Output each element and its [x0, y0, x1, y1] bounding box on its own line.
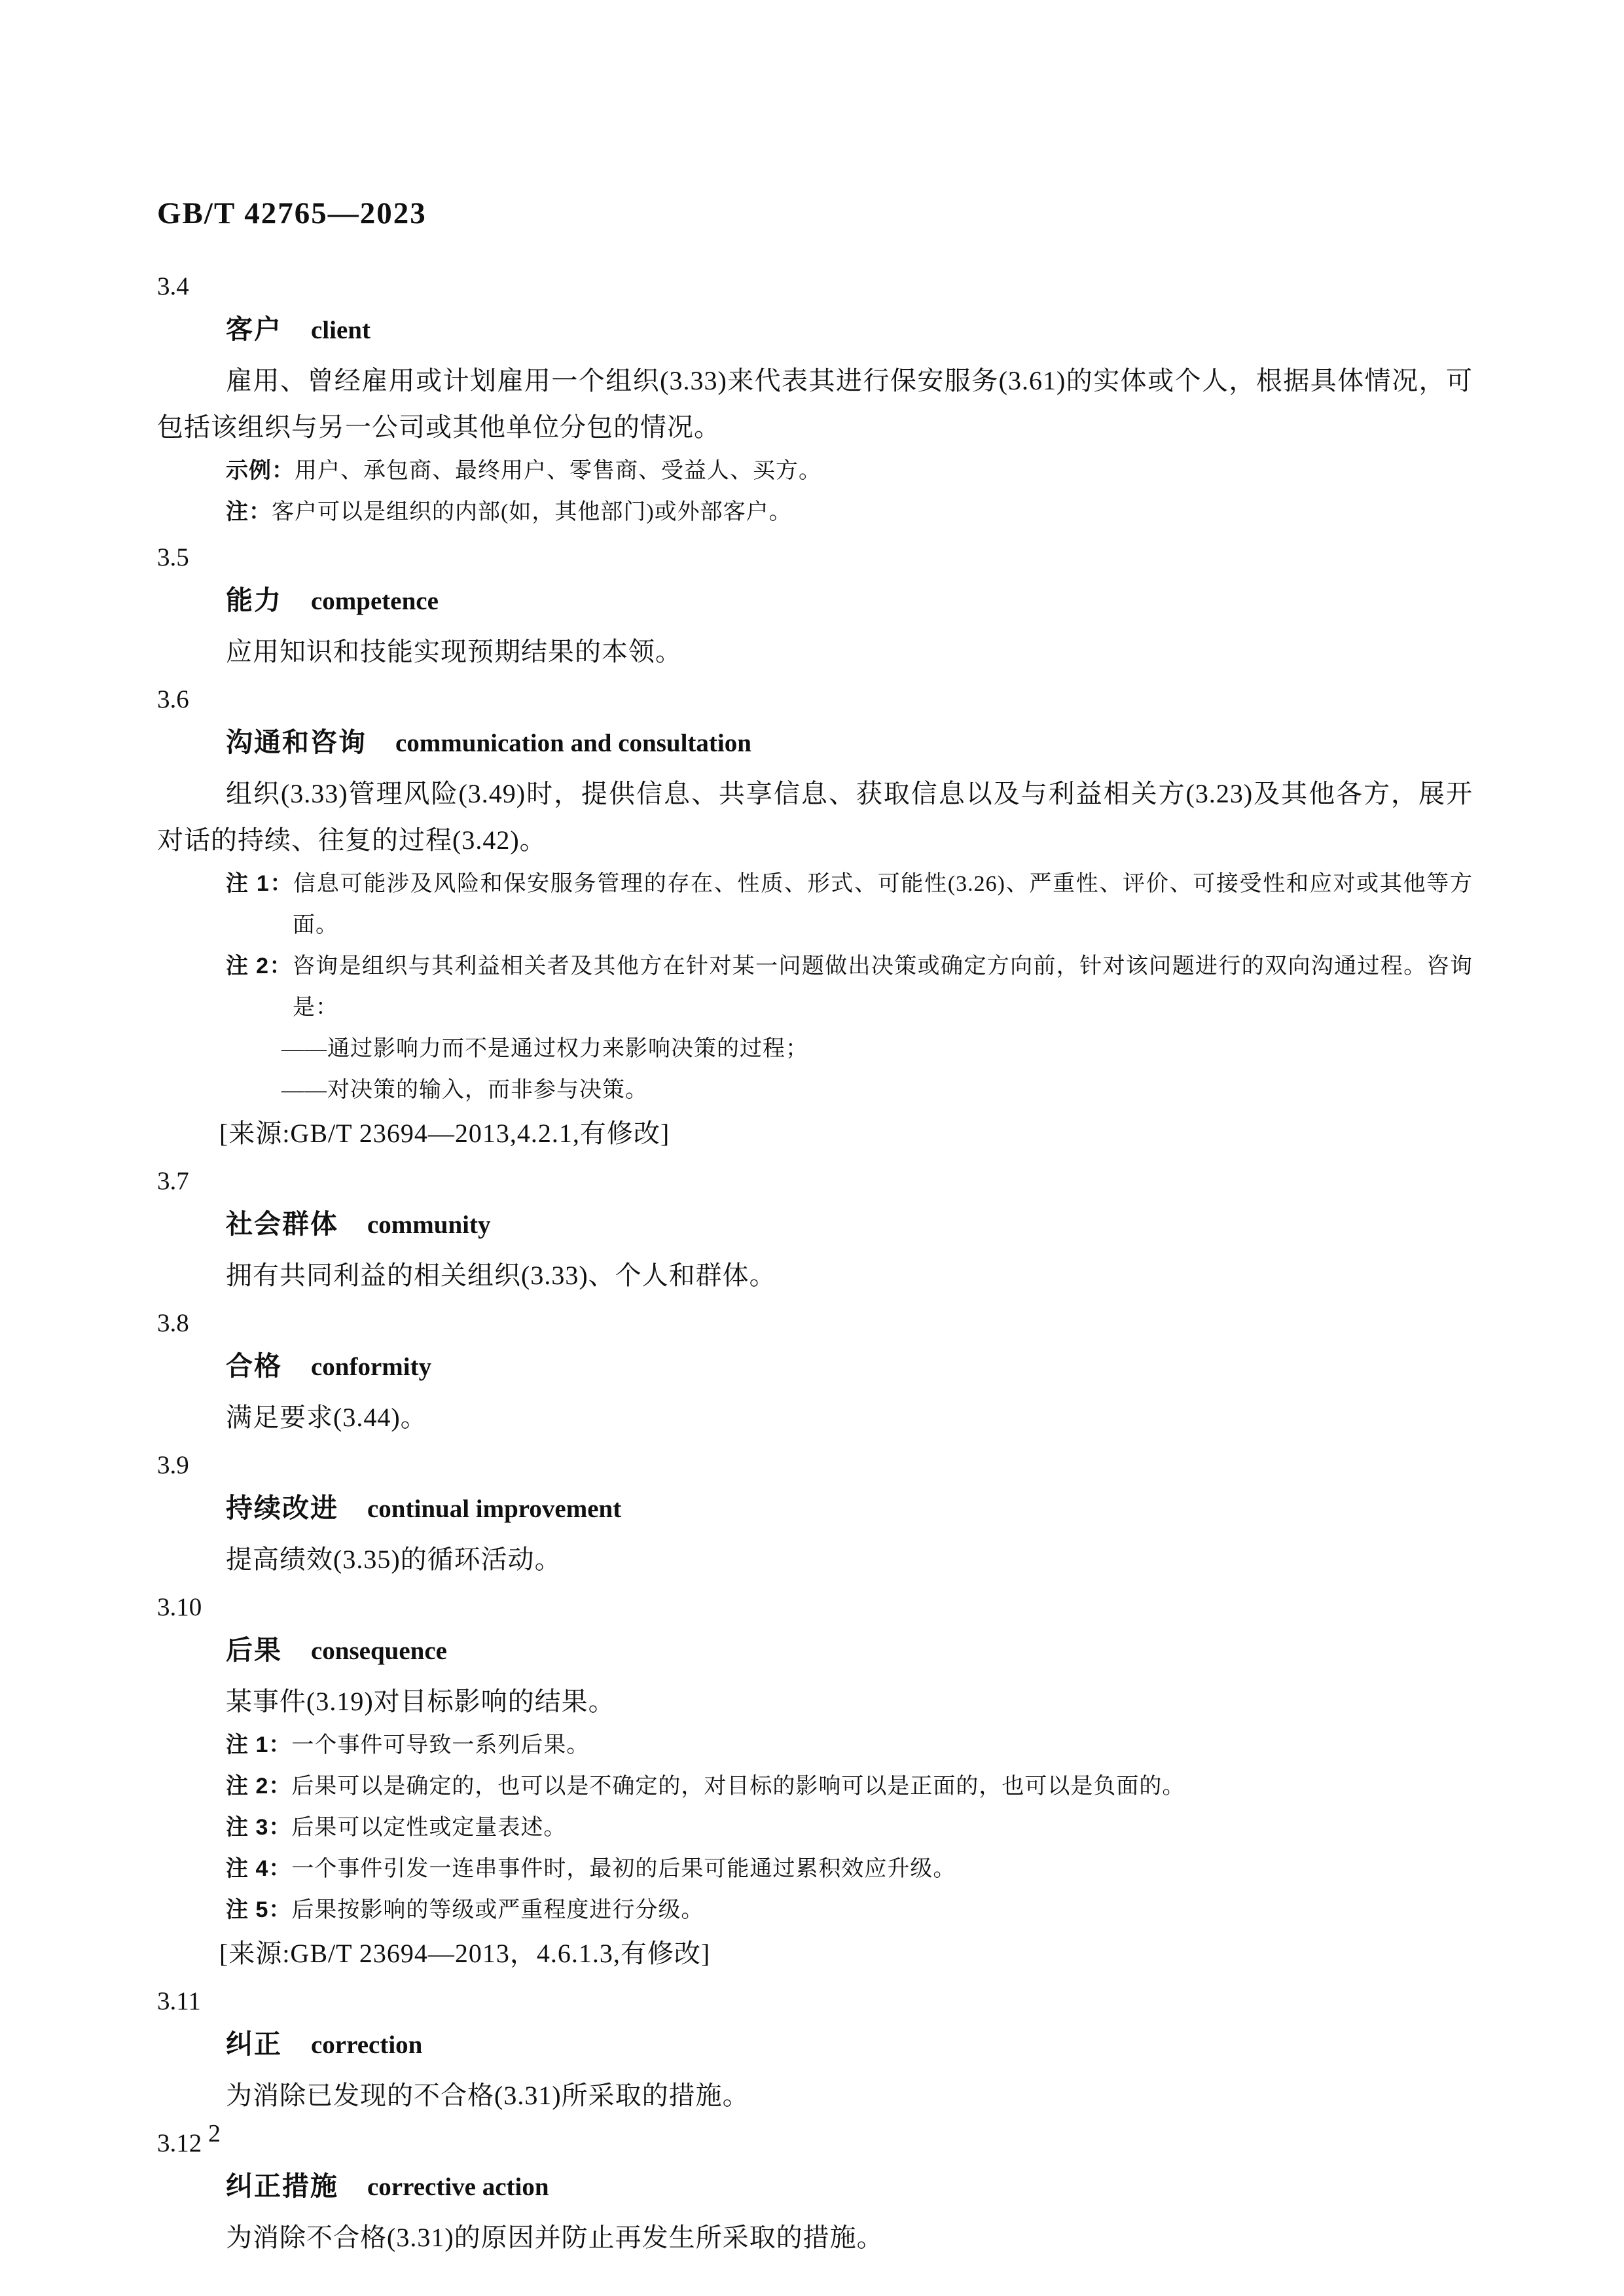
term-heading: 社会群体community	[226, 1202, 1473, 1252]
note-text: 客户可以是组织的内部(如，其他部门)或外部客户。	[272, 500, 792, 524]
note-dash-item: ——对决策的输入，而非参与决策。	[281, 1069, 1473, 1111]
term-definition: 为消除已发现的不合格(3.31)所采取的措施。	[157, 2072, 1473, 2119]
note-label: 注 1：	[226, 1732, 291, 1757]
term-chinese: 纠正	[226, 2029, 282, 2059]
term-heading: 能力competence	[226, 579, 1473, 628]
term-definition: 拥有共同利益的相关组织(3.33)、个人和群体。	[157, 1252, 1473, 1299]
note-line: 注 3：后果可以定性或定量表述。	[226, 1807, 1473, 1848]
note-line: 注 2：咨询是组织与其利益相关者及其他方在针对某一问题做出决策或确定方向前，针对…	[226, 946, 1473, 1028]
term-english: corrective action	[367, 2173, 549, 2201]
term-chinese: 后果	[226, 1635, 282, 1665]
term-heading: 后果consequence	[226, 1628, 1473, 1678]
example-text: 用户、承包商、最终用户、零售商、受益人、买方。	[295, 459, 821, 483]
note-line: 注 1：信息可能涉及风险和保安服务管理的存在、性质、形式、可能性(3.26)、严…	[226, 863, 1473, 946]
term-section-3-8: 3.8 合格conformity 满足要求(3.44)。	[157, 1302, 1473, 1441]
section-number: 3.8	[157, 1302, 1473, 1344]
standard-number-header: GB/T 42765—2023	[157, 195, 1473, 232]
term-english: client	[311, 316, 370, 344]
note-line: 注 2：后果可以是确定的，也可以是不确定的，对目标的影响可以是正面的，也可以是负…	[226, 1766, 1473, 1807]
example-label: 示例：	[226, 458, 295, 483]
term-section-3-6: 3.6 沟通和咨询communication and consultation …	[157, 679, 1473, 1157]
term-definition: 组织(3.33)管理风险(3.49)时，提供信息、共享信息、获取信息以及与利益相…	[157, 770, 1473, 863]
note-line: 注 5：后果按影响的等级或严重程度进行分级。	[226, 1890, 1473, 1931]
section-number: 3.6	[157, 679, 1473, 721]
section-number: 3.12	[157, 2123, 1473, 2164]
source-reference: [来源:GB/T 23694—2013，4.6.1.3,有修改]	[219, 1931, 1473, 1977]
term-chinese: 能力	[226, 585, 282, 615]
term-heading: 纠正措施corrective action	[226, 2164, 1473, 2214]
term-heading: 客户client	[226, 308, 1473, 357]
note-text: 后果按影响的等级或严重程度进行分级。	[291, 1898, 704, 1922]
note-label: 注 4：	[226, 1856, 291, 1881]
section-number: 3.11	[157, 1981, 1473, 2022]
note-label: 注 5：	[226, 1897, 291, 1922]
page-number: 2	[208, 2119, 221, 2148]
term-definition: 应用知识和技能实现预期结果的本领。	[157, 628, 1473, 675]
term-chinese: 持续改进	[226, 1493, 338, 1523]
term-definition: 某事件(3.19)对目标影响的结果。	[157, 1678, 1473, 1725]
term-definition: 满足要求(3.44)。	[157, 1394, 1473, 1441]
term-definition: 雇用、曾经雇用或计划雇用一个组织(3.33)来代表其进行保安服务(3.61)的实…	[157, 357, 1473, 450]
term-english: communication and consultation	[395, 729, 751, 757]
note-line: 注 4：一个事件引发一连串事件时，最初的后果可能通过累积效应升级。	[226, 1848, 1473, 1890]
term-heading: 纠正correction	[226, 2022, 1473, 2072]
source-reference: [来源:GB/T 23694—2013,4.2.1,有修改]	[219, 1111, 1473, 1157]
term-english: conformity	[311, 1353, 431, 1381]
section-number: 3.4	[157, 266, 1473, 308]
term-english: community	[367, 1211, 491, 1239]
note-text: 信息可能涉及风险和保安服务管理的存在、性质、形式、可能性(3.26)、严重性、评…	[293, 872, 1473, 937]
term-definition: 为消除不合格(3.31)的原因并防止再发生所采取的措施。	[157, 2214, 1473, 2261]
note-dash-item: ——通过影响力而不是通过权力来影响决策的过程；	[281, 1028, 1473, 1069]
term-english: consequence	[311, 1637, 447, 1665]
section-number: 3.7	[157, 1160, 1473, 1202]
term-heading: 持续改进continual improvement	[226, 1486, 1473, 1536]
term-section-3-9: 3.9 持续改进continual improvement 提高绩效(3.35)…	[157, 1444, 1473, 1583]
standard-document-page: GB/T 42765—2023 3.4 客户client 雇用、曾经雇用或计划雇…	[0, 0, 1624, 2296]
term-definition: 提高绩效(3.35)的循环活动。	[157, 1536, 1473, 1583]
term-section-3-4: 3.4 客户client 雇用、曾经雇用或计划雇用一个组织(3.33)来代表其进…	[157, 266, 1473, 533]
note-label: 注 3：	[226, 1815, 291, 1840]
term-heading: 合格conformity	[226, 1344, 1473, 1394]
term-chinese: 纠正措施	[226, 2171, 338, 2201]
note-text: 一个事件可导致一系列后果。	[291, 1733, 589, 1757]
term-section-3-10: 3.10 后果consequence 某事件(3.19)对目标影响的结果。 注 …	[157, 1587, 1473, 1977]
term-chinese: 客户	[226, 314, 282, 344]
example-line: 示例：用户、承包商、最终用户、零售商、受益人、买方。	[226, 450, 1473, 492]
term-chinese: 合格	[226, 1351, 282, 1381]
note-text: 咨询是组织与其利益相关者及其他方在针对某一问题做出决策或确定方向前，针对该问题进…	[293, 954, 1473, 1020]
page-content: GB/T 42765—2023 3.4 客户client 雇用、曾经雇用或计划雇…	[157, 195, 1473, 2261]
note-label: 注 2：	[226, 954, 293, 978]
note-text: 后果可以是确定的，也可以是不确定的，对目标的影响可以是正面的，也可以是负面的。	[291, 1774, 1185, 1799]
term-chinese: 社会群体	[226, 1209, 338, 1239]
note-label: 注 1：	[226, 871, 293, 896]
term-chinese: 沟通和咨询	[226, 727, 367, 757]
section-number: 3.5	[157, 537, 1473, 579]
term-section-3-12: 3.12 纠正措施corrective action 为消除不合格(3.31)的…	[157, 2123, 1473, 2261]
term-section-3-7: 3.7 社会群体community 拥有共同利益的相关组织(3.33)、个人和群…	[157, 1160, 1473, 1299]
note-text: 一个事件引发一连串事件时，最初的后果可能通过累积效应升级。	[291, 1857, 956, 1881]
term-english: competence	[311, 587, 439, 615]
section-number: 3.9	[157, 1444, 1473, 1486]
term-section-3-5: 3.5 能力competence 应用知识和技能实现预期结果的本领。	[157, 537, 1473, 675]
note-line: 注 1：一个事件可导致一系列后果。	[226, 1725, 1473, 1766]
term-section-3-11: 3.11 纠正correction 为消除已发现的不合格(3.31)所采取的措施…	[157, 1981, 1473, 2119]
term-english: correction	[311, 2031, 422, 2059]
term-english: continual improvement	[367, 1495, 621, 1523]
note-label: 注 2：	[226, 1774, 291, 1799]
note-line: 注：客户可以是组织的内部(如，其他部门)或外部客户。	[226, 492, 1473, 533]
note-label: 注：	[226, 499, 272, 524]
note-text: 后果可以定性或定量表述。	[291, 1816, 566, 1840]
term-heading: 沟通和咨询communication and consultation	[226, 721, 1473, 770]
section-number: 3.10	[157, 1587, 1473, 1628]
